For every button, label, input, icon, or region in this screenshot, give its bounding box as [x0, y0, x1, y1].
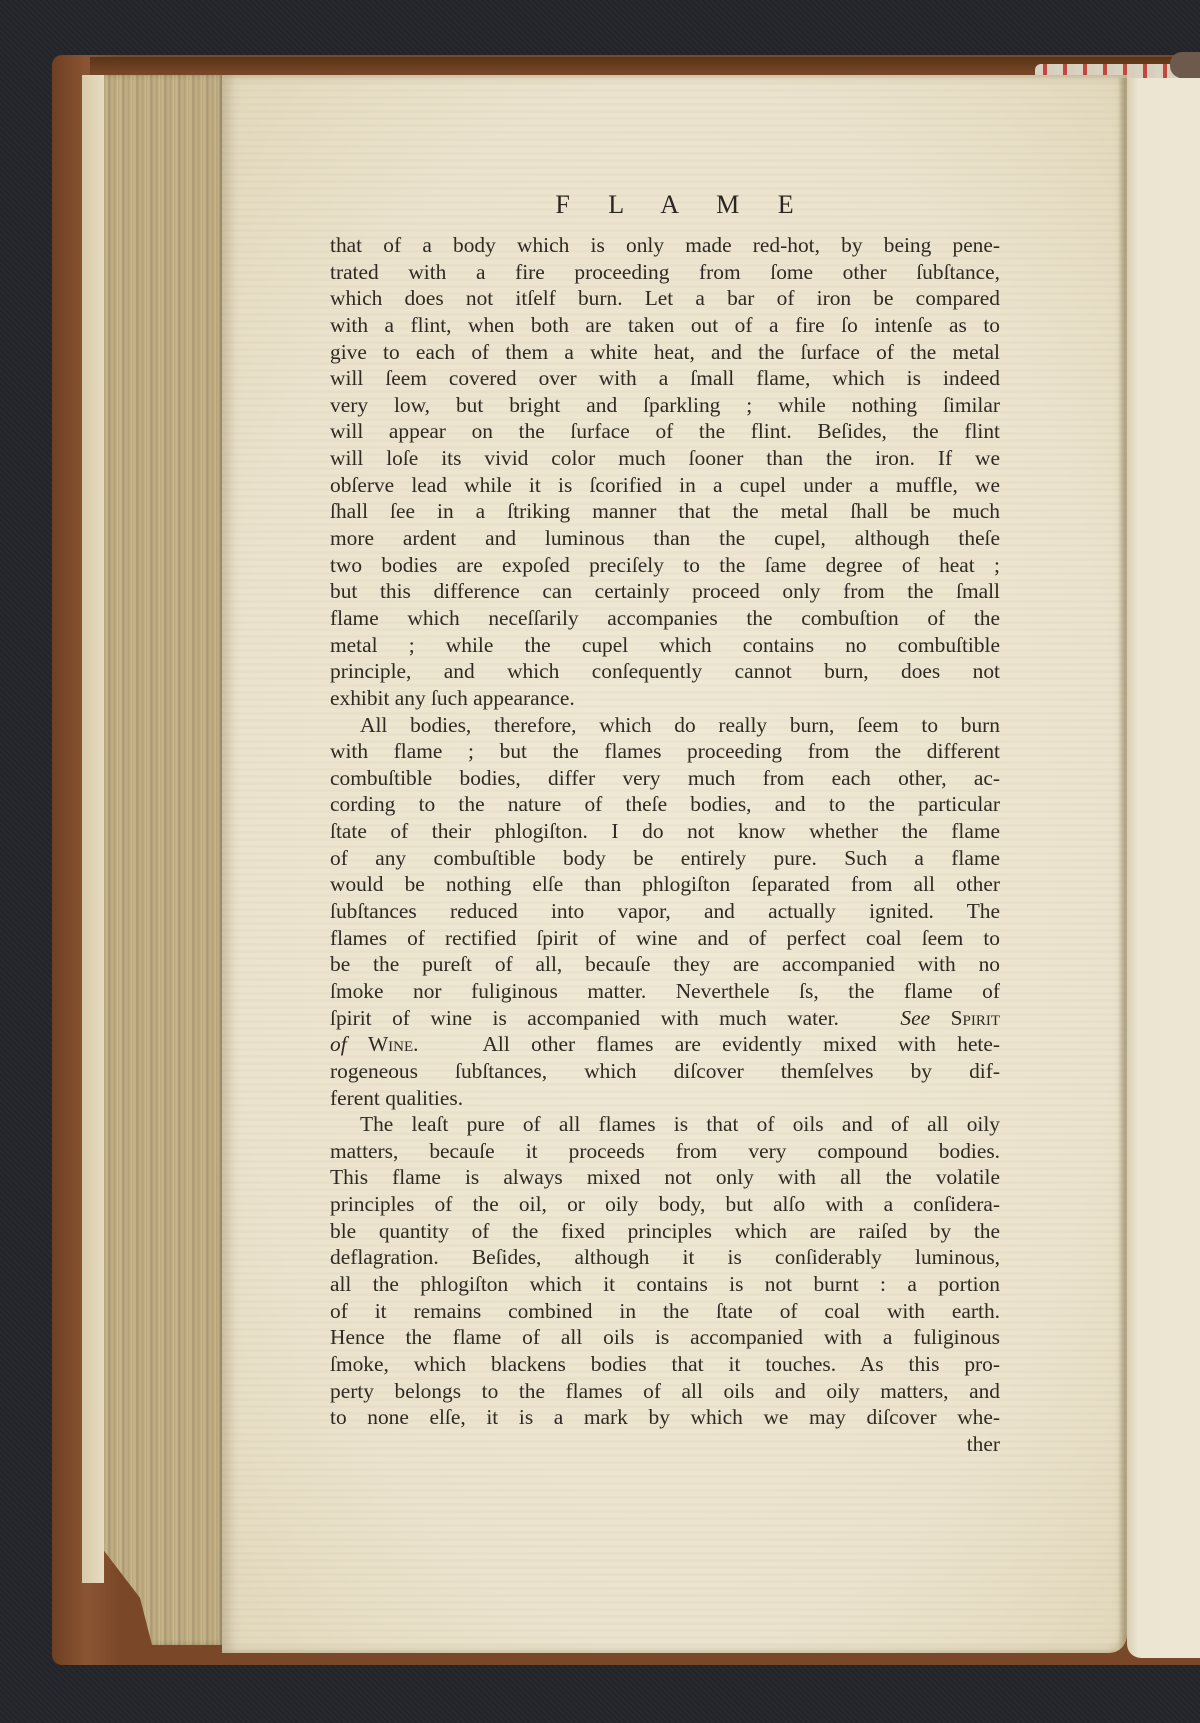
- text-line: principles of the oil, or oily body, but…: [330, 1191, 1000, 1218]
- text-line: rogeneous ſubſtances, which diſcover the…: [330, 1058, 1000, 1085]
- text-line: Hence the flame of all oils is accompani…: [330, 1324, 1000, 1351]
- text-line: This flame is always mixed not only with…: [330, 1164, 1000, 1191]
- text-line: of it remains combined in the ſtate of c…: [330, 1298, 1000, 1325]
- text-line: give to each of them a white heat, and t…: [330, 339, 1000, 366]
- text-line: ſhall ſee in a ſtriking manner that the …: [330, 498, 1000, 525]
- running-head: F L A M E: [222, 190, 1127, 220]
- cross-reference-link: Spirit: [951, 1006, 1000, 1030]
- text-line: cording to the nature of theſe bodies, a…: [330, 791, 1000, 818]
- paragraph-2: All bodies, therefore, which do really b…: [330, 712, 1000, 1112]
- text-line: flame which neceſſarily accompanies the …: [330, 605, 1000, 632]
- cover-top-edge: [90, 57, 1200, 77]
- text-line: perty belongs to the flames of all oils …: [330, 1378, 1000, 1405]
- text-line: of any combuſtible body be entirely pure…: [330, 845, 1000, 872]
- text-line: combuſtible bodies, differ very much fro…: [330, 765, 1000, 792]
- catchword: ther: [330, 1431, 1000, 1458]
- text-line: but this difference can certainly procee…: [330, 578, 1000, 605]
- text-line: ſmoke, which blackens bodies that it tou…: [330, 1351, 1000, 1378]
- see-label: See: [900, 1006, 930, 1030]
- text-line: ble quantity of the fixed principles whi…: [330, 1218, 1000, 1245]
- text-line: trated with a fire proceeding from ſome …: [330, 259, 1000, 286]
- text-line: be the pureſt of all, becauſe they are a…: [330, 951, 1000, 978]
- cross-reference-line: ſpirit of wine is accompanied with much …: [330, 1005, 1000, 1032]
- text-line: very low, but bright and ſparkling ; whi…: [330, 392, 1000, 419]
- text-line: will loſe its vivid color much ſooner th…: [330, 445, 1000, 472]
- text-line: deflagration. Beſides, although it is co…: [330, 1244, 1000, 1271]
- cross-reference-of: of: [330, 1032, 347, 1056]
- text-line: with a flint, when both are taken out of…: [330, 312, 1000, 339]
- text-line: ſtate of their phlogiſton. I do not know…: [330, 818, 1000, 845]
- text-line: will appear on the ſurface of the flint.…: [330, 418, 1000, 445]
- text-line: would be nothing elſe than phlogiſton ſe…: [330, 871, 1000, 898]
- text-line: with flame ; but the flames proceeding f…: [330, 738, 1000, 765]
- cross-reference-link: Wine.: [368, 1032, 419, 1056]
- body-text: that of a body which is only made red-ho…: [330, 232, 1000, 1457]
- paragraph-3: The leaſt pure of all flames is that of …: [330, 1111, 1000, 1431]
- text-line: matters, becauſe it proceeds from very c…: [330, 1138, 1000, 1165]
- text-line: flames of rectified ſpirit of wine and o…: [330, 925, 1000, 952]
- text-line: metal ; while the cupel which contains n…: [330, 632, 1000, 659]
- text-line: more ardent and luminous than the cupel,…: [330, 525, 1000, 552]
- text-line: all the phlogiſton which it contains is …: [330, 1271, 1000, 1298]
- text-line: ſmoke nor fuliginous matter. Neverthele …: [330, 978, 1000, 1005]
- page-edges-stack: [104, 75, 224, 1645]
- text-segment: ſpirit of wine is accompanied with much …: [330, 1006, 839, 1030]
- text-line: will ſeem covered over with a ſmall flam…: [330, 365, 1000, 392]
- text-line: ſubſtances reduced into vapor, and actua…: [330, 898, 1000, 925]
- text-line: ferent qualities.: [330, 1085, 1000, 1112]
- text-line: that of a body which is only made red-ho…: [330, 232, 1000, 259]
- text-line: obſerve lead while it is ſcorified in a …: [330, 472, 1000, 499]
- text-line: principle, and which conſequently cannot…: [330, 658, 1000, 685]
- text-line: exhibit any ſuch appearance.: [330, 685, 1000, 712]
- paragraph-1: that of a body which is only made red-ho…: [330, 232, 1000, 712]
- endpaper-strip: [82, 75, 104, 1583]
- text-line: All bodies, therefore, which do really b…: [330, 712, 1000, 739]
- text-line: to none elſe, it is a mark by which we m…: [330, 1404, 1000, 1431]
- facing-page: [1127, 78, 1200, 1658]
- text-line: of Wine. All other flames are evidently …: [330, 1031, 1000, 1058]
- text-line: two bodies are expoſed preciſely to the …: [330, 552, 1000, 579]
- text-line: The leaſt pure of all flames is that of …: [330, 1111, 1000, 1138]
- spine-ribbon: [1170, 52, 1200, 78]
- text-line: which does not itſelf burn. Let a bar of…: [330, 285, 1000, 312]
